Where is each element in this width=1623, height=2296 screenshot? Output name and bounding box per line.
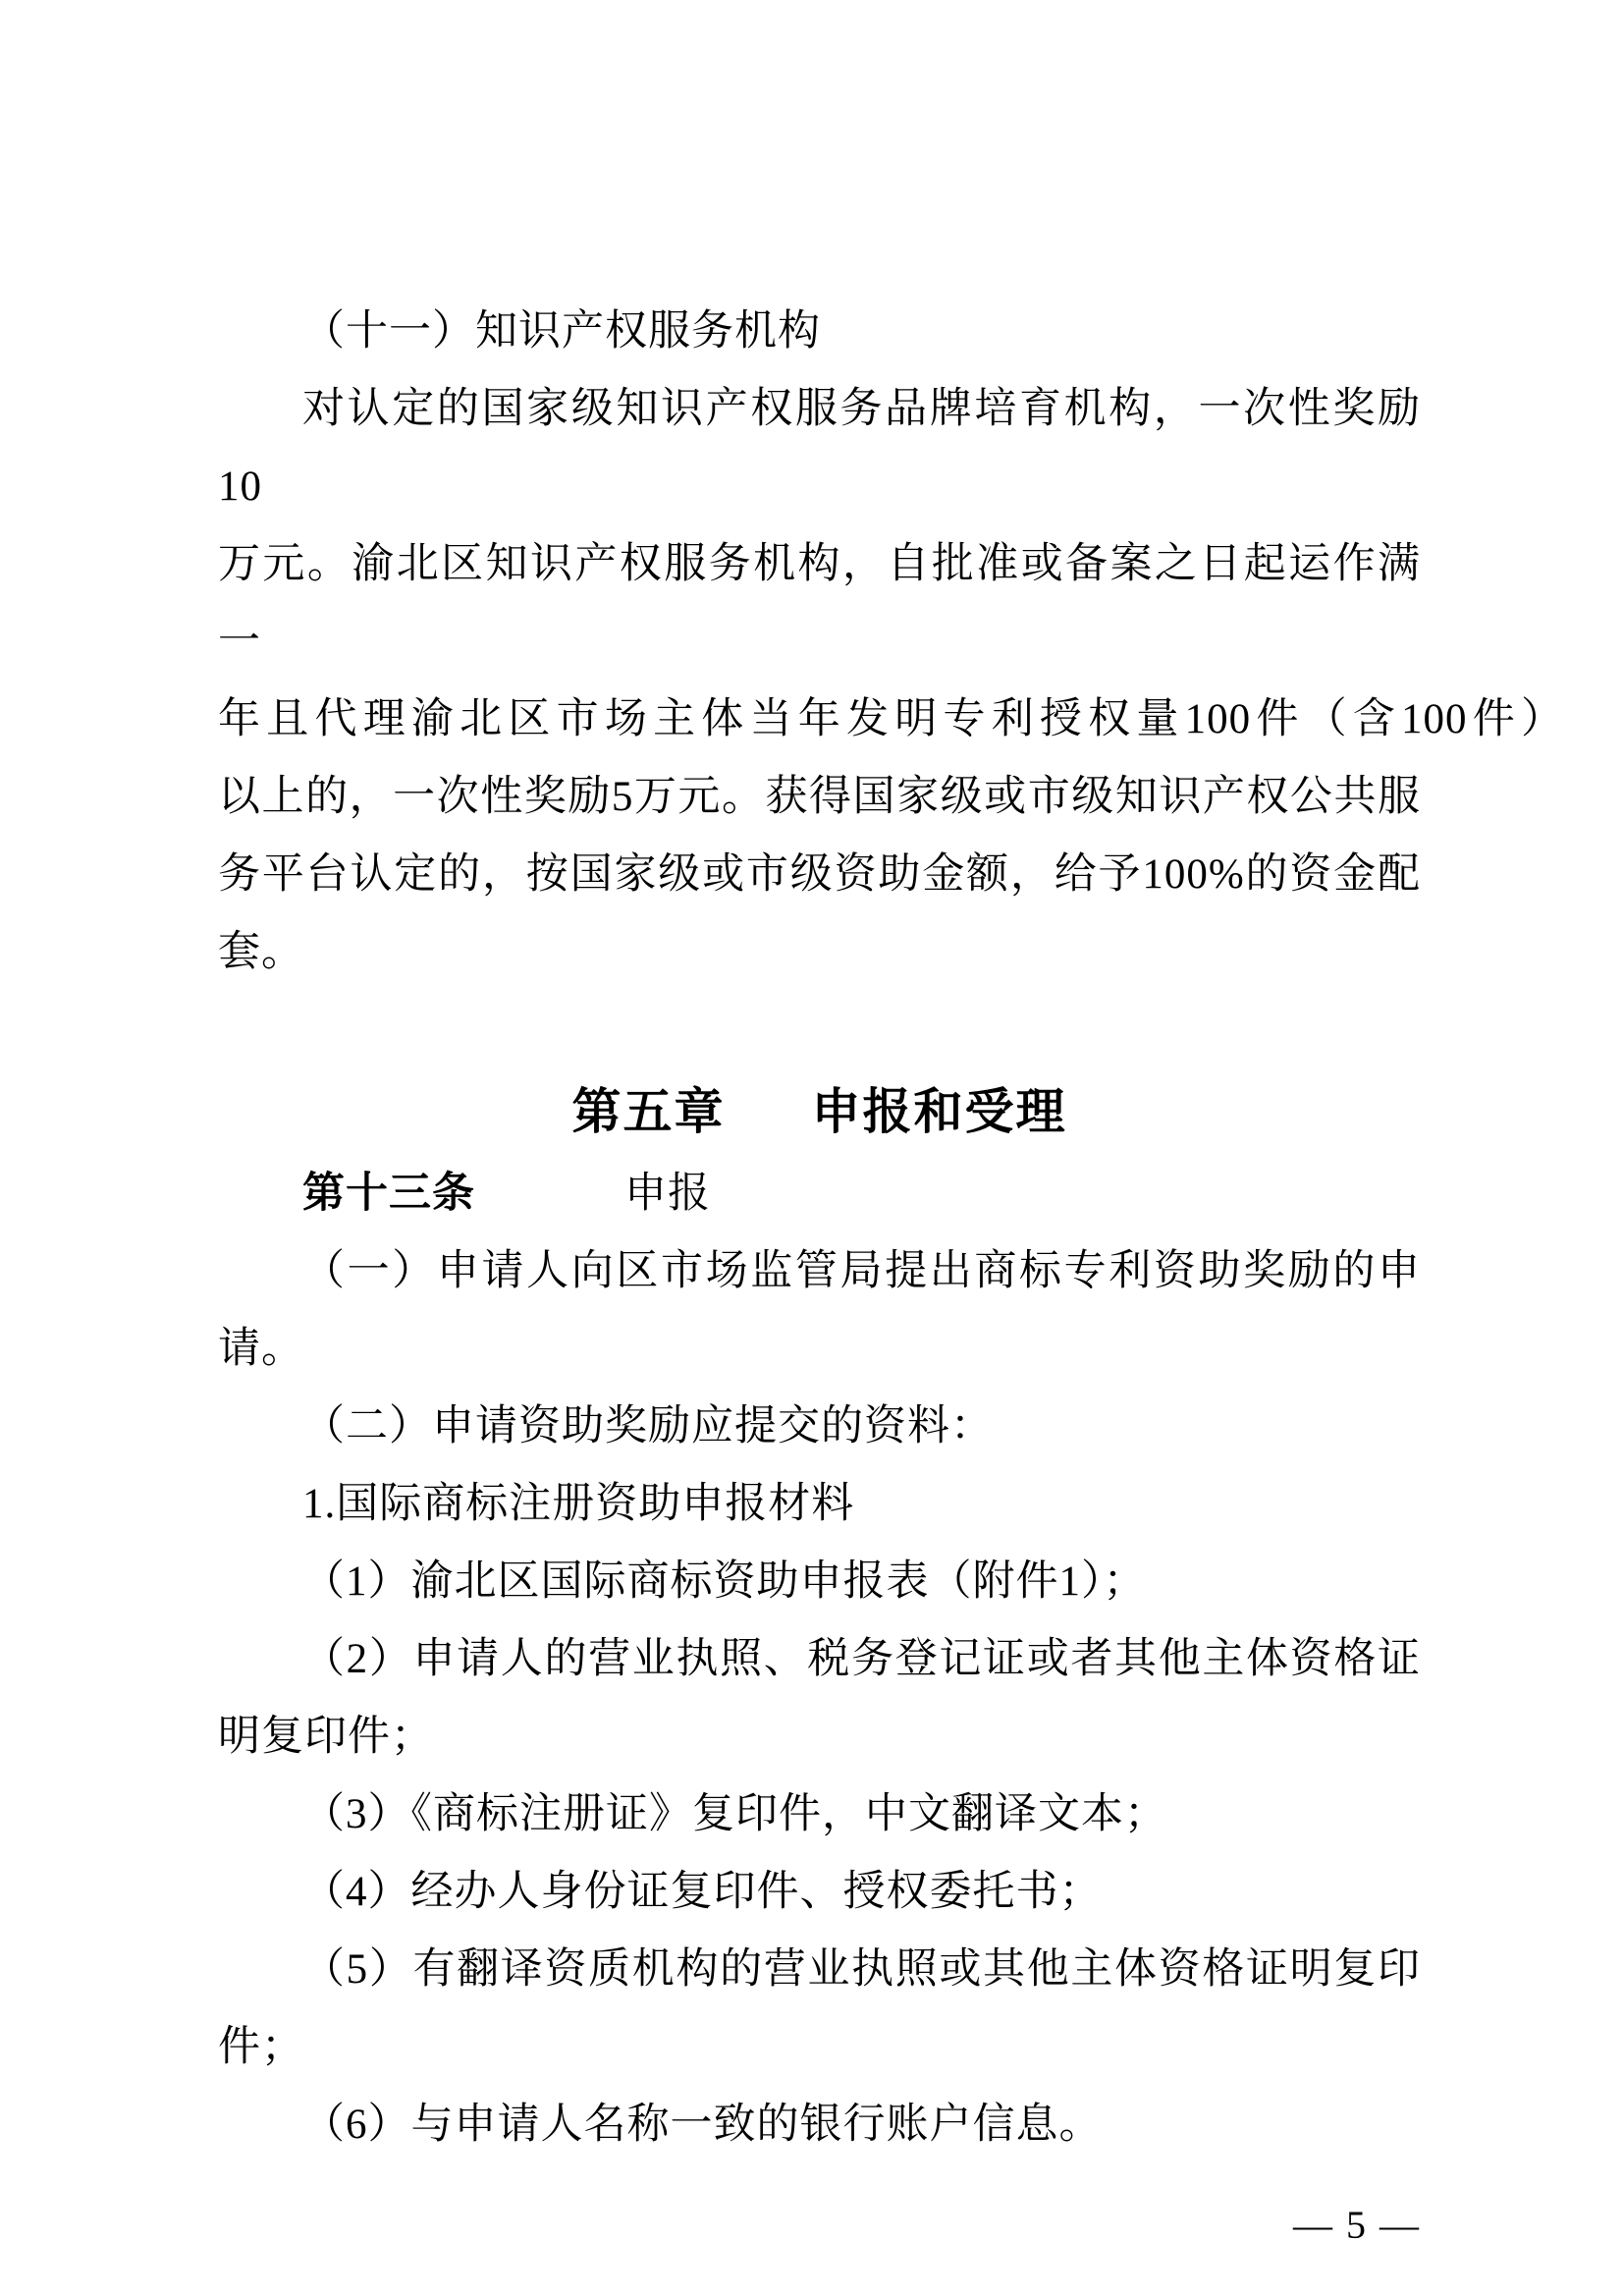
application-body-line: 明复印件； bbox=[218, 1698, 1421, 1776]
application-body-line: （6）与申请人名称一致的银行账户信息。 bbox=[218, 2086, 1421, 2163]
application-body-line: （一）申请人向区市场监管局提出商标专利资助奖励的申 bbox=[218, 1232, 1421, 1310]
section-services-body-line: 以上的，一次性奖励5万元。获得国家级或市级知识产权公共服 bbox=[218, 758, 1421, 836]
section-services-body-line: 年且代理渝北区市场主体当年发明专利授权量100件（含100件） bbox=[218, 681, 1564, 758]
section-services-body-line: 务平台认定的，按国家级或市级资助金额，给予100%的资金配 bbox=[218, 836, 1421, 913]
article-title: 申报 bbox=[540, 1155, 711, 1232]
chapter-number: 第五章 bbox=[572, 1084, 726, 1139]
section-services-body-line: 套。 bbox=[218, 913, 1421, 991]
document-page: （十一）知识产权服务机构 对认定的国家级知识产权服务品牌培育机构，一次性奖励10… bbox=[0, 0, 1623, 2296]
chapter-title: 申报和受理 bbox=[812, 1068, 1067, 1155]
section-services-body-line: 万元。渝北区知识产权服务机构，自批准或备案之日起运作满一 bbox=[218, 525, 1421, 681]
application-body-line: 件； bbox=[218, 2008, 1421, 2086]
application-body-line: （二）申请资助奖励应提交的资料： bbox=[218, 1388, 1421, 1465]
application-body-line: 1.国际商标注册资助申报材料 bbox=[218, 1465, 1421, 1543]
application-body-line: （1）渝北区国际商标资助申报表（附件1）； bbox=[218, 1543, 1421, 1620]
vertical-spacer bbox=[218, 991, 1421, 1068]
section-services-body-line: 对认定的国家级知识产权服务品牌培育机构，一次性奖励10 bbox=[218, 370, 1421, 525]
article-number: 第十三条 bbox=[302, 1171, 475, 1217]
application-body-line: 请。 bbox=[218, 1310, 1421, 1388]
application-body-line: （4）经办人身份证复印件、授权委托书； bbox=[218, 1853, 1421, 1931]
section-services-heading-line: （十一）知识产权服务机构 bbox=[218, 293, 1421, 370]
application-body-line: （2）申请人的营业执照、税务登记证或者其他主体资格证 bbox=[218, 1620, 1421, 1698]
application-body-line: （3）《商标注册证》复印件，中文翻译文本； bbox=[218, 1776, 1421, 1853]
text-column: （十一）知识产权服务机构 对认定的国家级知识产权服务品牌培育机构，一次性奖励10… bbox=[218, 293, 1421, 2248]
application-body-line: （5）有翻译资质机构的营业执照或其他主体资格证明复印 bbox=[218, 1931, 1421, 2008]
article-heading-line: 第十三条申报 bbox=[218, 1155, 1421, 1232]
page-number: — 5 — bbox=[218, 2203, 1421, 2248]
chapter-heading: 第五章申报和受理 bbox=[218, 1068, 1421, 1155]
